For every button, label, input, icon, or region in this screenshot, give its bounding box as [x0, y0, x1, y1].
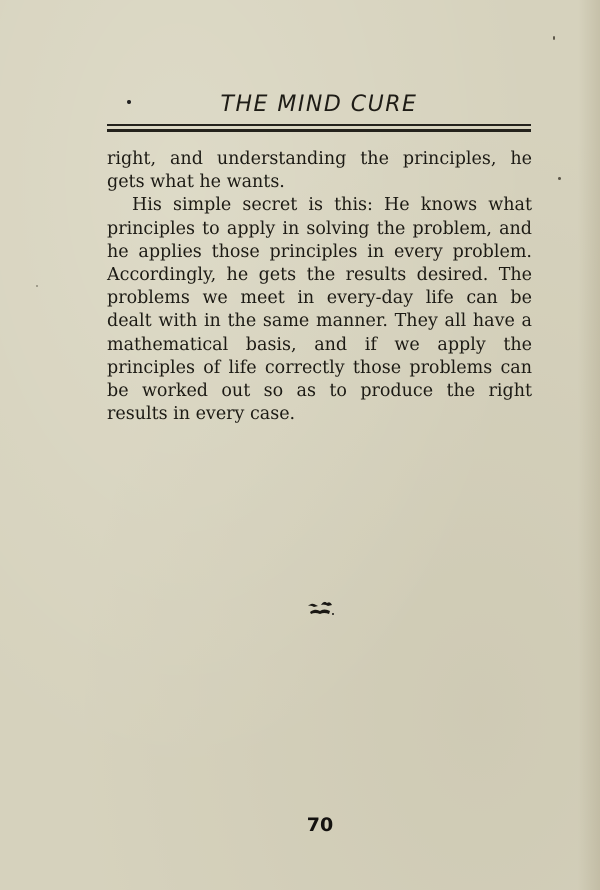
paper-speck [558, 177, 561, 180]
running-head-title: THE MIND CURE [107, 92, 531, 117]
paper-speck [553, 36, 555, 40]
page-number: 70 [300, 814, 340, 836]
paragraph: His simple secret is this: He knows what… [107, 194, 532, 426]
header-rule-thin [107, 124, 531, 126]
page-edge-shadow [578, 0, 600, 890]
header-rule-thick [107, 129, 531, 132]
paragraph-continuation: right, and understanding the principles,… [107, 148, 532, 194]
running-head: THE MIND CURE [107, 92, 531, 124]
paper-speck [36, 285, 38, 287]
body-text: right, and understanding the principles,… [107, 148, 532, 426]
section-ornament-icon [306, 599, 336, 617]
